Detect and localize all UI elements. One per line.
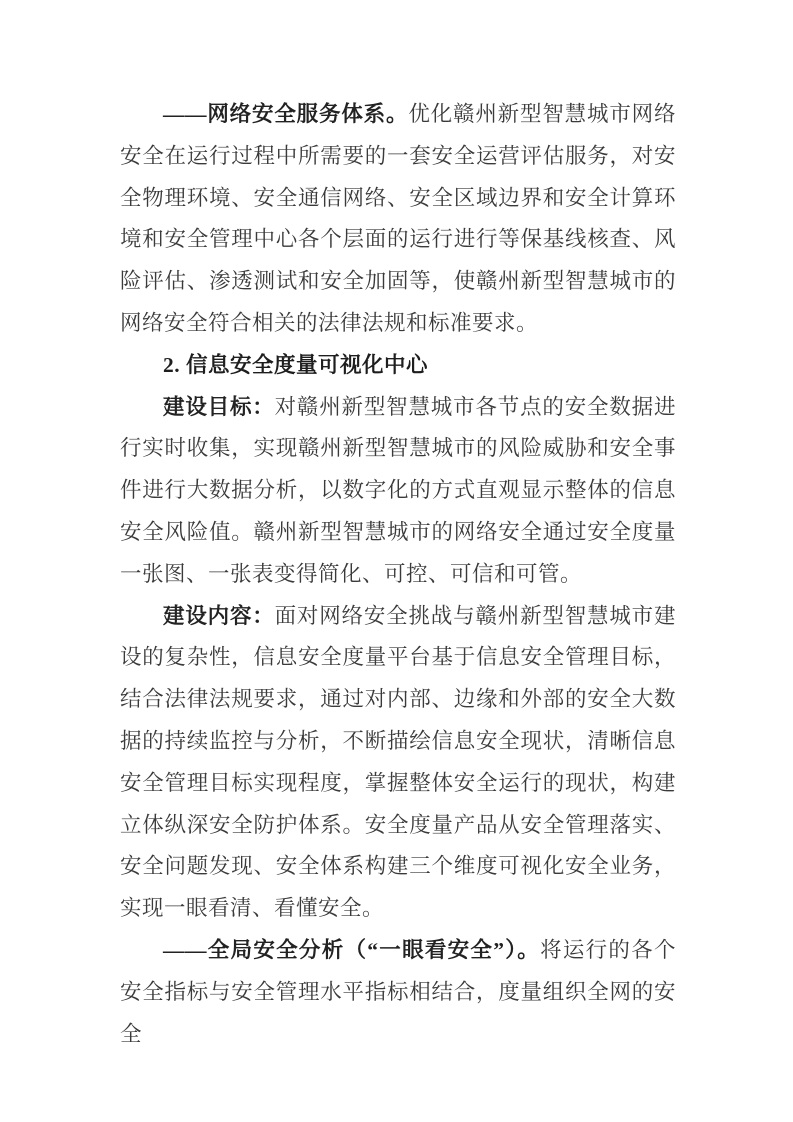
paragraph-text: 对赣州新型智慧城市各节点的安全数据进行实时收集，实现赣州新型智慧城市的风险威胁和… <box>120 395 676 586</box>
paragraph-construction-goal: 建设目标：对赣州新型智慧城市各节点的安全数据进行实时收集，实现赣州新型智慧城市的… <box>120 387 676 596</box>
section-heading: 2. 信息安全度量可视化中心 <box>120 345 676 387</box>
paragraph-lead: ——全局安全分析（“一眼看安全”）。 <box>163 938 540 962</box>
document-page: ——网络安全服务体系。优化赣州新型智慧城市网络安全在运行过程中所需要的一套安全运… <box>0 0 793 1122</box>
section-heading-text: 2. 信息安全度量可视化中心 <box>163 353 428 377</box>
paragraph-lead: 建设目标： <box>163 395 275 419</box>
paragraph-global-security-analysis: ——全局安全分析（“一眼看安全”）。将运行的各个安全指标与安全管理水平指标相结合… <box>120 930 676 1055</box>
paragraph-construction-content: 建设内容：面对网络安全挑战与赣州新型智慧城市建设的复杂性，信息安全度量平台基于信… <box>120 596 676 930</box>
paragraph-text: 面对网络安全挑战与赣州新型智慧城市建设的复杂性，信息安全度量平台基于信息安全管理… <box>120 604 676 921</box>
paragraph-lead: ——网络安全服务体系。 <box>163 102 408 126</box>
paragraph-lead: 建设内容： <box>163 604 275 628</box>
paragraph-text: 优化赣州新型智慧城市网络安全在运行过程中所需要的一套安全运营评估服务，对安全物理… <box>120 102 676 335</box>
paragraph-network-security-service: ——网络安全服务体系。优化赣州新型智慧城市网络安全在运行过程中所需要的一套安全运… <box>120 94 676 345</box>
